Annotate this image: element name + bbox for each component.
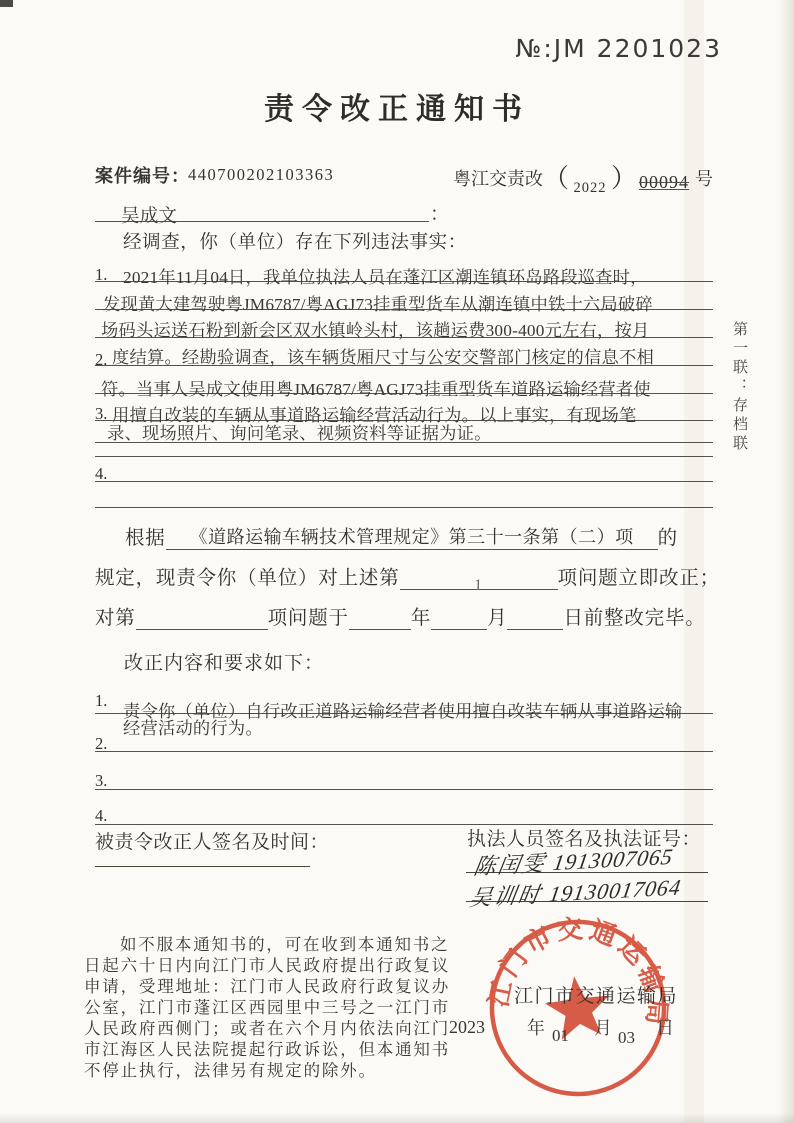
fact-text: 度结算。经勘验调查，该车辆货厢尺寸与公安交警部门核定的信息不相 [112,343,654,368]
document-page: №:JM 2201023 责令改正通知书 案件编号： 4407002021033… [0,0,794,1123]
official-stamp: 江门市交通运输局 [475,905,680,1110]
legal-blank-year [349,629,411,630]
officer-1-name: 陈闰雯 [472,850,548,879]
date-month-label: 月 [594,1014,612,1040]
note-line: 如不服本通知书的，可在收到本通知书之 [84,934,488,955]
date-year-value: 2023 [449,1017,485,1038]
officer-1-badge-number: 1913007065 [551,844,675,876]
legal-suf: 日前整改完毕。 [563,608,705,629]
svg-text:江门市交通运输局: 江门市交通运输局 [475,905,676,1051]
correction-row-4: 4. [95,798,713,825]
fact-text: 场码头运送石粉到新会区双水镇岭头村，该趟运费300-400元左右，按月 [101,316,649,341]
note-line: 申请，受理地址：江门市人民政府行政复议办 [84,976,488,997]
scan-corner-artifact [0,0,13,7]
facts-intro: 经调查，你（单位）存在下列违法事实： [123,228,467,254]
issuing-agency: 江门市交通运输局 [514,981,678,1008]
legal-pre: 根据 [125,528,166,549]
legal-blank-regulation: 《道路运输车辆技术管理规定》第三十一条第（二）项 [166,523,658,550]
doc-ref-serial-struck: 00094 [639,172,689,192]
serial-number: №:JM 2201023 [515,34,722,63]
doc-ref-open-bracket: （ [543,164,569,193]
note-line: 市江海区人民法院提起行政诉讼，但本通知书 [84,1039,488,1060]
appeal-rights-note: 如不服本通知书的，可在收到本通知书之 日起六十日内向江门市人民政府提出行政复议 … [84,934,488,1081]
addressee-colon: ： [430,199,449,226]
legal-suf: 的 [658,528,678,549]
correction-text: 经营活动的行为。 [123,714,263,739]
legal-month-label: 月 [487,608,507,629]
fact-row-5: 符。当事人吴成文使用粤JM6787/粤AGJ73挂重型货车道路运输经营者使 [95,367,713,394]
legal-regulation-text: 《道路运输车辆技术管理规定》第三十一条第（二）项 [190,527,634,547]
fact-row-2: 发现黄大建驾驶粤JM6787/粤AGJ73挂重型货车从潮连镇中铁十六局破碎 [95,283,713,310]
correction-heading: 改正内容和要求如下： [124,648,324,675]
handwritten-item-number: 1 [474,577,483,595]
legal-blank-month [431,629,487,630]
document-title: 责令改正通知书 [0,84,794,128]
fact-row-1: 1. 2021年11月04日，我单位执法人员在蓬江区潮连镇环岛路段巡查时， [95,255,713,282]
officer-2-name: 吴训时 [468,882,544,911]
correction-row-3: 3. [95,763,713,790]
fact-row-3: 场码头运送石粉到新会区双水镇岭头村，该趟运费300-400元左右，按月 [95,311,713,338]
date-year-label: 年 [527,1014,545,1040]
officer-2-badge-number: 19130017064 [547,874,683,906]
correction-number: 4. [95,806,107,826]
note-line: 公室，江门市蓬江区西园里中三号之一江门市 [84,997,488,1018]
date-day-value: 03 [618,1028,635,1048]
addressee-line: 吴成文 [95,195,429,222]
legal-basis-line-3: 对第项问题于年月日前整改完毕。 [95,602,706,630]
scan-edge-shading [778,0,794,1123]
legal-year-label: 年 [411,608,431,629]
fact-row-8 [95,430,713,457]
legal-blank-day [507,629,563,630]
doc-ref-prefix: 粤江交责改 [453,169,543,189]
legal-blank-item2 [136,629,268,630]
copy-designation-label: 第一联：存档联 [729,321,750,454]
case-number-label: 案件编号： [95,162,190,188]
stamp-arc-text: 江门市交通运输局 [475,905,676,1051]
legal-blank-item: 1 [400,567,558,590]
fact-row-4: 2. 度结算。经勘验调查，该车辆货厢尺寸与公安交警部门核定的信息不相 [95,339,713,366]
date-day-label: 日 [656,1014,674,1040]
corrected-party-signature-label: 被责令改正人签名及时间： [95,827,329,854]
correction-number: 1. [95,691,107,711]
correction-number: 3. [95,771,107,791]
note-line: 日起六十日内向江门市人民政府提出行政复议 [84,955,488,976]
fact-row-9: 4. [95,455,713,482]
addressee-name: 吴成文 [121,202,177,228]
correction-row-2: 2. 经营活动的行为。 [95,725,713,752]
doc-ref-year: 2022 [569,180,611,197]
doc-ref-suffix: 号 [695,169,713,189]
note-line: 不停止执行，法律另有规定的除外。 [84,1060,488,1081]
fact-row-10 [95,481,713,508]
correction-number: 2. [95,734,107,754]
fact-number: 1. [95,265,107,285]
legal-suf: 项问题立即改正； [558,568,720,589]
legal-basis-line-1: 根据《道路运输车辆技术管理规定》第三十一条第（二）项的 [95,522,678,550]
corrected-party-signature-line [95,866,310,867]
scan-bottom-shading [0,1113,794,1123]
legal-basis-line-2: 规定，现责令你（单位）对上述第1项问题立即改正； [95,562,720,590]
date-month-value: 01 [552,1026,569,1046]
correction-row-1: 1. 责令你（单位）自行改正道路运输经营者使用擅自改装车辆从事道路运输 [95,687,713,714]
legal-pre: 对第 [95,608,136,629]
doc-ref-close-bracket: ） [611,164,637,193]
document-reference-number: 粤江交责改（2022）00094号 [453,158,713,195]
legal-pre: 规定，现责令你（单位）对上述第 [95,568,400,589]
note-line: 人民政府西侧门；或者在六个月内依法向江门 [84,1018,488,1039]
case-number-value: 440700202103363 [188,165,334,185]
legal-mid: 项问题于 [268,608,349,629]
